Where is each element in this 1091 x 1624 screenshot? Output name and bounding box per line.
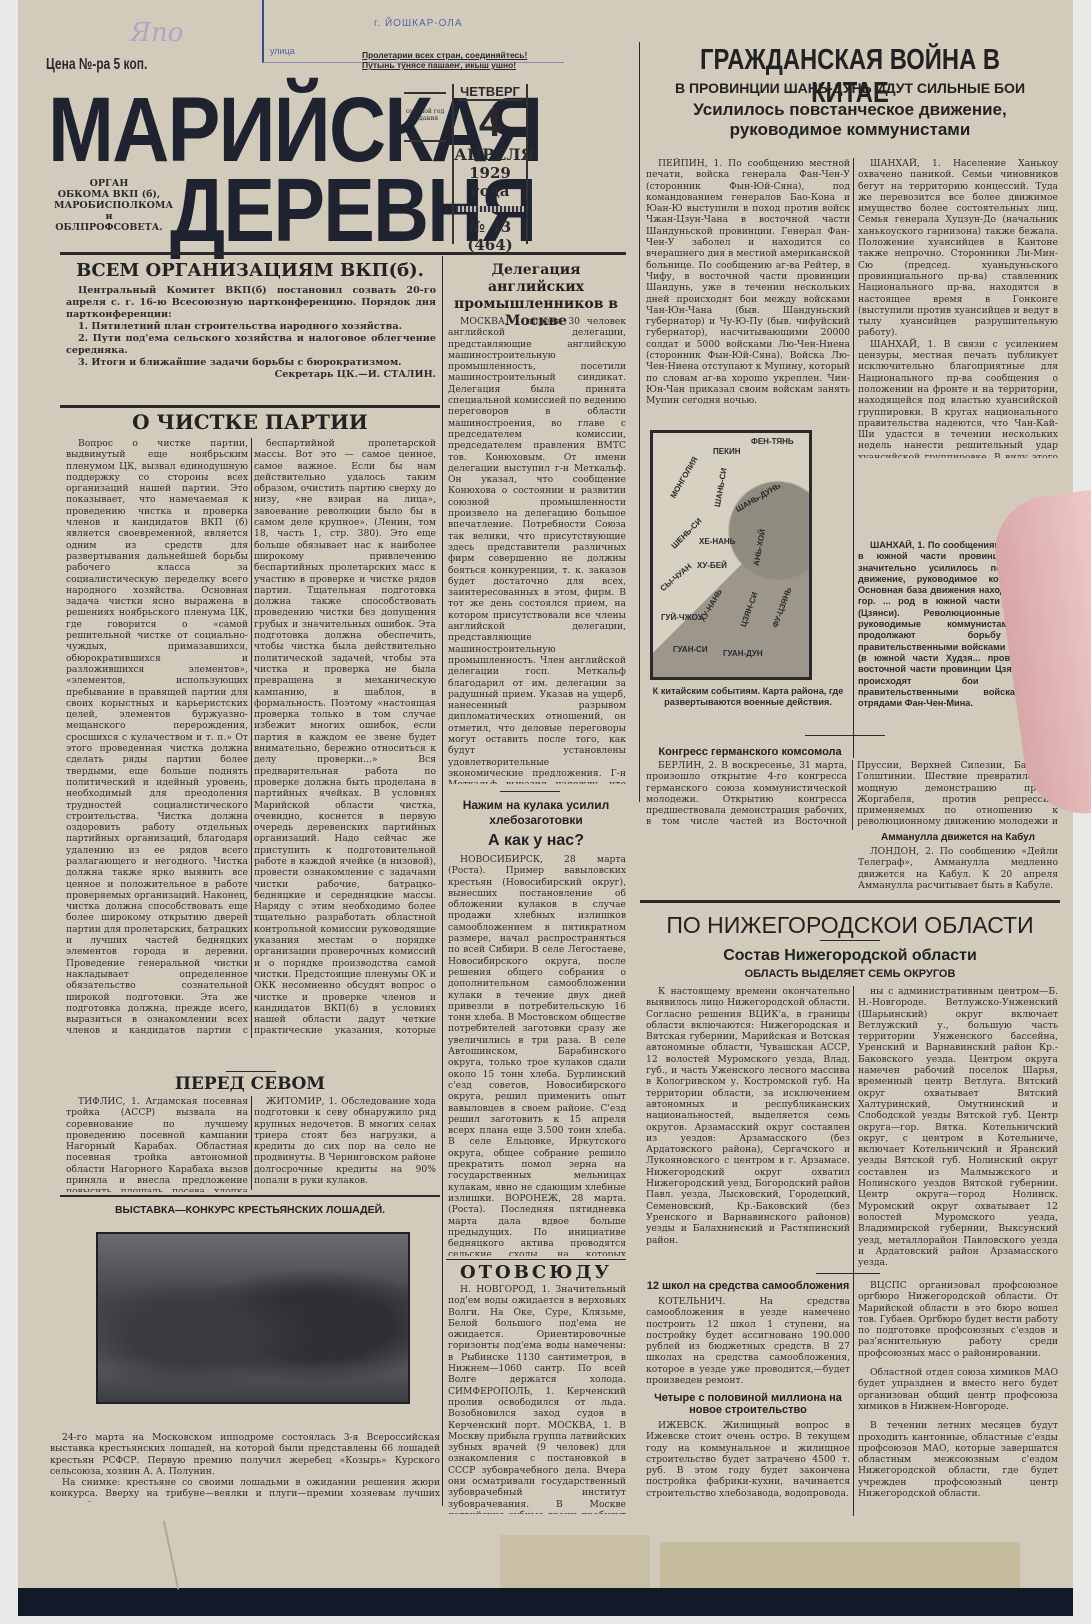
agenda-item: 1. Пятилетний план строительства народно… [66, 321, 436, 333]
organ-line: МАРОБИСПОЛКОМА и [54, 200, 164, 222]
map-label: ГУЙ-ЧЖОУ [661, 613, 703, 622]
map-label: ХУ-БЕЙ [697, 561, 727, 570]
paragraph: Вопрос о чистке партии, выдвинутый еще н… [66, 438, 248, 1038]
china-map: МОНГОЛИЯ ПЕКИН ФЕН-ТЯНЬ ШАНЬ-СИ ШАНЬ-ДУН… [650, 430, 812, 680]
komsomol-headline: Конгресс германского комсомола [648, 746, 852, 758]
column-rule [853, 158, 854, 758]
grain-headline: Нажим на кулака усилил хлебозаготовки [446, 798, 626, 828]
divider [816, 1273, 880, 1274]
divider [500, 791, 560, 792]
paragraph: ТИФЛИС, 1. Агдамская посевная тройка (АС… [66, 1096, 248, 1192]
izhevsk-headline: Четыре с половиной миллиона на новое стр… [646, 1392, 850, 1416]
delegation-body: МОСКВА, 1 апреля 30 человек английской д… [448, 316, 626, 784]
nizhny-section: ПО НИЖЕГОРОДСКОИ ОБЛАСТИ [640, 912, 1060, 939]
year: 1929 года [454, 164, 526, 200]
kabul-headline: Амманулла движется на Кабул [858, 832, 1058, 843]
vkp-headline: ВСЕМ ОРГАНИЗАЦИЯМ ВКП(б). [60, 260, 440, 281]
divider [805, 735, 885, 736]
china-deck: Усилилось повстанческое движение, руково… [648, 100, 1052, 140]
schools-headline: 12 школ на средства самообложения [646, 1280, 850, 1292]
grain-subhead: А как у нас? [446, 832, 626, 850]
paragraph: 24-го марта на Московском ипподроме сост… [50, 1432, 440, 1477]
china-subhead: В ПРОВИНЦИИ ШАНЬ-ДУНЬ ИДУТ СИЛЬНЫЕ БОИ [640, 80, 1060, 96]
paragraph: В течении летних месяцев будут проходить… [858, 1420, 1058, 1499]
column-rule [639, 42, 640, 802]
month: АПРЕЛЯ [454, 145, 526, 164]
map-label: ГУАН-ДУН [723, 649, 763, 658]
weekday: ЧЕТВЕРГ [458, 84, 522, 101]
organ-line: ОРГАН [54, 178, 164, 189]
sowing-headline: ПЕРЕД СЕВОМ [60, 1074, 440, 1094]
horses-caption: 24-го марта на Московском ипподроме сост… [50, 1432, 440, 1502]
year-of-issue: седьмой год издания [404, 92, 446, 142]
sowing-col1: ТИФЛИС, 1. Агдамская посевная тройка (АС… [66, 1096, 248, 1192]
paragraph: НОВОСИБИРСК, 28 марта (Роста). Пример ва… [448, 854, 626, 1256]
signature: Секретарь ЦК.—И. СТАЛИН. [66, 369, 436, 381]
paragraph: ны с административным центром—Б. Н.-Новг… [858, 986, 1058, 1268]
unions-body: ВЦСПС организовал профсоюзное оргбюро Ни… [858, 1280, 1058, 1512]
paragraph: ИЖЕВСК. Жилищный вопрос в Ижевске стоит … [646, 1420, 850, 1499]
stamp-city: г. ЙОШКАР-ОЛА [374, 18, 463, 29]
map-label: ХЕ-НАНЬ [699, 537, 735, 546]
section-rule [60, 252, 626, 255]
paragraph: БЕРЛИН, 2. В воскресенье, 31 марта, прои… [646, 760, 1058, 830]
paragraph: ВЦСПС организовал профсоюзное оргбюро Ни… [858, 1280, 1058, 1359]
paragraph: ШАНХАЙ, 1. В связи с усилением цензуры, … [858, 339, 1058, 458]
map-label: ФЕН-ТЯНЬ [751, 437, 794, 446]
komsomol-body: БЕРЛИН, 2. В воскресенье, 31 марта, прои… [646, 760, 1058, 830]
issue-number: № 43 (464) [454, 218, 526, 254]
organ-line: ОБЛПРОФСОВЕТА. [54, 222, 164, 233]
nizhny-col2: ны с административным центром—Б. Н.-Новг… [858, 986, 1058, 1268]
column-rule [853, 986, 854, 1516]
slogan: Пролетарии всех стран, соединяйтесь! Пӱт… [362, 50, 527, 70]
date-box: ЧЕТВЕРГ 4 АПРЕЛЯ 1929 года № 43 (464) [452, 84, 528, 244]
paragraph: Н. НОВГОРОД, 1. Значительный под'ем воды… [448, 1284, 626, 1514]
horses-headline: ВЫСТАВКА—КОНКУРС КРЕСТЬЯНСКИХ ЛОШАДЕЙ. [60, 1204, 440, 1216]
nizhny-col1: К настоящему времени окончательно выявил… [646, 986, 850, 1264]
paragraph: КОТЕЛЬНИЧ. На средства самообложения в у… [646, 1296, 850, 1386]
purge-col2: беспартийной пролетарской массы. Вот это… [254, 438, 436, 1038]
agenda-item: 3. Итоги и ближайшие задачи борьбы с бюр… [66, 357, 436, 369]
map-label: ЦЗЯН-СИ [739, 591, 760, 628]
section-rule [640, 900, 1060, 903]
section-rule [60, 1195, 440, 1197]
nizhny-headline: Состав Нижегородской области [640, 947, 1060, 965]
china-col1: ПЕЙПИН, 1. По сообщению местной печати, … [646, 158, 850, 426]
divider [446, 1259, 626, 1260]
divider [820, 940, 880, 941]
map-label: АНЬ-ХОЙ [752, 528, 767, 566]
everywhere-body: Н. НОВГОРОД, 1. Значительный под'ем воды… [448, 1284, 626, 1514]
everywhere-headline: ОТОВСЮДУ [446, 1262, 626, 1283]
horses-photo [96, 1232, 410, 1404]
map-label: СЫ-ЧУАН [659, 562, 694, 593]
paragraph: МОСКВА, 1 апреля 30 человек английской д… [448, 316, 626, 784]
purge-headline: О ЧИСТКЕ ПАРТИИ [60, 410, 440, 434]
paragraph: беспартийной пролетарской массы. Вот это… [254, 438, 436, 1038]
day: 4 [454, 101, 526, 145]
izhevsk-body: ИЖЕВСК. Жилищный вопрос в Ижевске стоит … [646, 1420, 850, 1510]
paragraph: Областной отдел союза химиков МАО будет … [858, 1367, 1058, 1412]
vkp-body: Центральный Комитет ВКП(б) постановил со… [66, 285, 436, 403]
paragraph: ПЕЙПИН, 1. По сообщению местной печати, … [646, 158, 850, 407]
paragraph: На снимке: крестьяне со своими лошадьми … [50, 1477, 440, 1502]
agenda-item: 2. Пути под'ема сельского хозяйства и на… [66, 333, 436, 357]
slogan-ru: Пролетарии всех стран, соединяйтесь! [362, 50, 527, 60]
map-label: ГУАН-СИ [673, 645, 708, 654]
nizhny-subhead: ОБЛАСТЬ ВЫДЕЛЯЕТ СЕМЬ ОКРУГОВ [640, 968, 1060, 980]
paragraph: К настоящему времени окончательно выявил… [646, 986, 850, 1246]
schools-body: КОТЕЛЬНИЧ. На средства самообложения в у… [646, 1296, 850, 1388]
paragraph: ШАНХАЙ, 1. Население Ханькоу охвачено па… [858, 158, 1058, 339]
ornament-rule [456, 206, 524, 212]
map-label: МОНГОЛИЯ [669, 455, 700, 500]
paragraph: ЛОНДОН, 2. По сообщению «Дейли Телеграф»… [858, 846, 1058, 891]
organ-label: ОРГАН ОБКОМА ВКП (б), МАРОБИСПОЛКОМА и О… [54, 178, 164, 233]
purge-col1: Вопрос о чистке партии, выдвинутый еще н… [66, 438, 248, 1038]
map-label: ПЕКИН [713, 447, 741, 456]
map-caption: К китайским событиям. Карта района, где … [646, 686, 850, 726]
scan-background [18, 1588, 1073, 1616]
paragraph: Центральный Комитет ВКП(б) постановил со… [66, 285, 436, 321]
china-col2a: ШАНХАЙ, 1. Население Ханькоу охвачено па… [858, 158, 1058, 458]
paper-fold [660, 1542, 1020, 1588]
organ-line: ОБКОМА ВКП (б), [54, 189, 164, 200]
kabul-body: ЛОНДОН, 2. По сообщению «Дейли Телеграф»… [858, 846, 1058, 892]
section-rule [60, 405, 440, 408]
map-label: ШАНЬ-СИ [713, 467, 729, 508]
stamp-sub: улица [270, 46, 295, 56]
map-label: ФУ-ЦЗЯНЬ [771, 586, 794, 629]
slogan-mari: Пӱтынь тӱнясе пашаеҥ, икыш ушно! [362, 60, 527, 70]
column-rule [442, 256, 443, 1506]
grain-body: НОВОСИБИРСК, 28 марта (Роста). Пример ва… [448, 854, 626, 1256]
paper-fold [500, 1535, 650, 1588]
divider [226, 1071, 276, 1072]
column-rule [251, 1096, 252, 1190]
column-rule [251, 438, 252, 1038]
sowing-col2: ЖИТОМИР, 1. Обследование хода подготовки… [254, 1096, 436, 1192]
price: Цена №-ра 5 коп. [46, 56, 147, 74]
paragraph: ЖИТОМИР, 1. Обследование хода подготовки… [254, 1096, 436, 1186]
map-label: ШАНЬ-ДУНЬ [734, 481, 782, 514]
pencil-note: Япо [130, 18, 183, 48]
